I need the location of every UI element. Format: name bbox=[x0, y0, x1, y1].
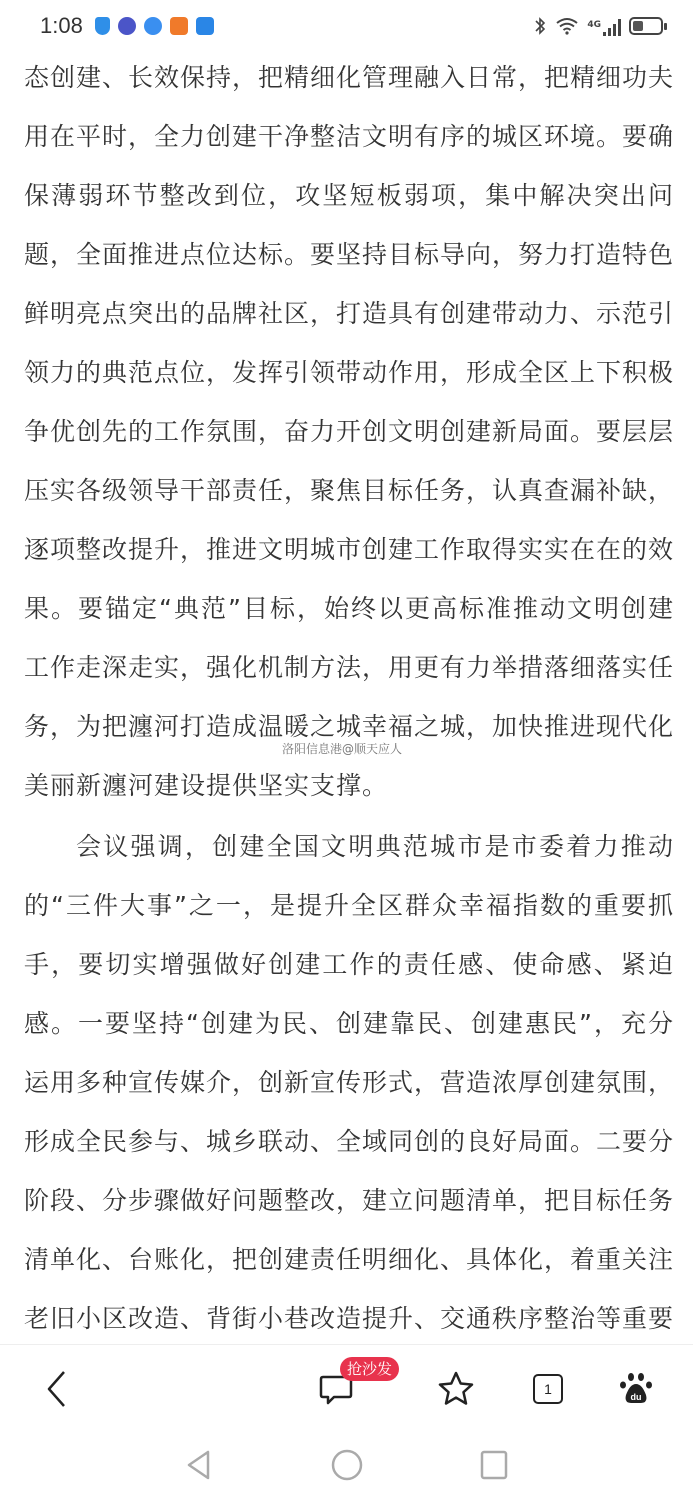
status-bar: 1:08 4G bbox=[0, 0, 693, 52]
article-paragraph: 态创建、长效保持，把精细化管理融入日常，把精细功夫用在平时，全力创建干净整洁文明… bbox=[24, 48, 674, 815]
shield-app-icon bbox=[95, 17, 110, 35]
browser-app-icon bbox=[144, 17, 162, 35]
status-right: 4G bbox=[533, 16, 663, 36]
status-time: 1:08 bbox=[40, 13, 83, 39]
chevron-left-icon bbox=[44, 1369, 68, 1409]
music-app-icon bbox=[118, 17, 136, 35]
signal-icon: 4G bbox=[587, 16, 621, 36]
square-recents-icon bbox=[477, 1448, 511, 1482]
favorite-button[interactable] bbox=[434, 1367, 478, 1411]
article-paragraph: 会议强调，创建全国文明典范城市是市委着力推动的“三件大事”之一，是提升全区群众幸… bbox=[24, 817, 674, 1407]
system-nav-bar bbox=[0, 1430, 693, 1500]
baidu-button[interactable]: du bbox=[614, 1367, 658, 1411]
back-button[interactable] bbox=[34, 1367, 78, 1411]
bluetooth-icon bbox=[533, 16, 547, 36]
video-app-icon bbox=[170, 17, 188, 35]
watermark: 洛阳信息港@顺天应人 bbox=[282, 740, 402, 757]
nav-recents-button[interactable] bbox=[477, 1448, 511, 1482]
triangle-back-icon bbox=[183, 1448, 217, 1482]
tab-count-icon: 1 bbox=[533, 1374, 563, 1404]
svg-text:du: du bbox=[631, 1392, 642, 1402]
battery-icon bbox=[629, 17, 663, 35]
circle-home-icon bbox=[330, 1448, 364, 1482]
article-body: 态创建、长效保持，把精细化管理融入日常，把精细功夫用在平时，全力创建干净整洁文明… bbox=[24, 48, 674, 1407]
weather-app-icon bbox=[196, 17, 214, 35]
baidu-paw-icon: du bbox=[618, 1371, 654, 1407]
nav-home-button[interactable] bbox=[330, 1448, 364, 1482]
status-left: 1:08 bbox=[40, 13, 214, 39]
comment-badge[interactable]: 抢沙发 bbox=[340, 1357, 399, 1381]
bottom-toolbar: 抢沙发 1 du bbox=[0, 1344, 693, 1430]
wifi-icon bbox=[555, 16, 579, 36]
nav-back-button[interactable] bbox=[183, 1448, 217, 1482]
tabs-button[interactable]: 1 bbox=[526, 1367, 570, 1411]
star-icon bbox=[437, 1370, 475, 1408]
